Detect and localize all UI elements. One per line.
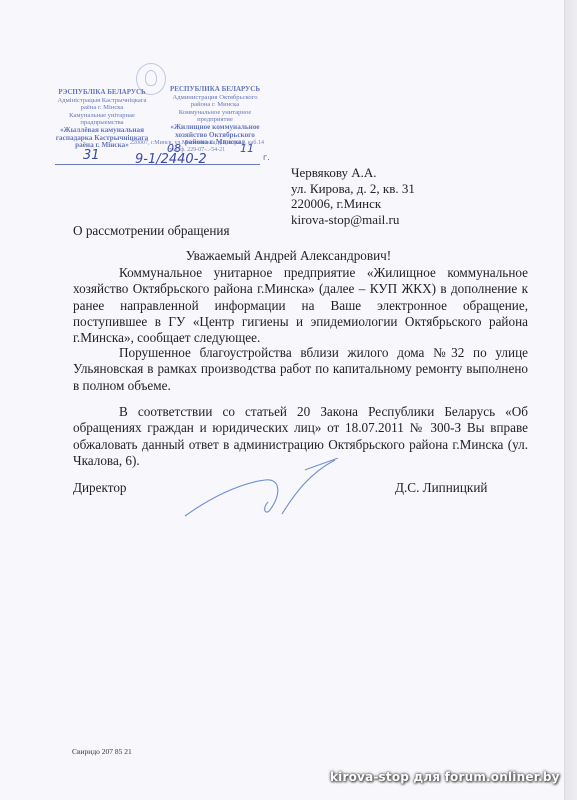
- letter-paragraph: Порушенное благоустройства вблизи жилого…: [73, 345, 528, 394]
- handwritten-signature-icon: [170, 458, 340, 528]
- letter-greeting: Уважаемый Андрей Александрович!: [0, 248, 577, 264]
- addressee-city: 220006, г.Минск: [291, 196, 415, 212]
- executor-contact: Свиридо 207 85 21: [72, 747, 132, 756]
- letter-subject: О рассмотрении обращения: [73, 223, 230, 239]
- letter-paragraph: Коммунальное унитарное предприятие «Жили…: [73, 265, 528, 346]
- page-edge: [564, 0, 577, 800]
- addressee-email: kirova-stop@mail.ru: [291, 212, 415, 228]
- letterhead-country: РЭСПУБЛІКА БЕЛАРУСЬ: [46, 89, 158, 97]
- letterhead-admin: Администрация Октябрьского: [160, 94, 270, 102]
- letterhead-admin2: раёна г. Мінска: [46, 104, 158, 112]
- addressee-street: ул. Кирова, д. 2, кв. 31: [291, 181, 415, 197]
- letterhead-country: РЕСПУБЛИКА БЕЛАРУСЬ: [160, 86, 270, 94]
- letterhead-admin2: района г. Минска: [160, 101, 270, 109]
- date-day: 31: [83, 148, 100, 163]
- letterhead-address: 220007, г.Минск, ул.Могилевская, д.2, ко…: [112, 140, 282, 147]
- letterhead-admin: Адміністрацыя Кастрычніцкага: [46, 97, 158, 105]
- date-underline: [55, 164, 260, 165]
- date-year: 11: [240, 142, 254, 155]
- letterhead-type: Камунальнае унітарнае: [46, 112, 158, 120]
- letterhead-type: Коммунальное унитарное: [160, 109, 270, 117]
- signer-title: Директор: [73, 480, 127, 496]
- addressee-name: Червякову А.А.: [291, 165, 415, 181]
- addressee-block: Червякову А.А. ул. Кирова, д. 2, кв. 31 …: [291, 165, 415, 227]
- letterhead-russian: РЕСПУБЛИКА БЕЛАРУСЬ Администрация Октябр…: [160, 86, 270, 147]
- signer-name: Д.С. Липницкий: [395, 480, 487, 496]
- letter-page: РЭСПУБЛІКА БЕЛАРУСЬ Адміністрацыя Кастры…: [0, 0, 564, 800]
- year-suffix: г.: [263, 153, 270, 162]
- outgoing-date-number: 31 08 9-1/2440-2 11 г.: [55, 150, 270, 166]
- watermark: kirova-stop для forum.onliner.by: [330, 770, 560, 784]
